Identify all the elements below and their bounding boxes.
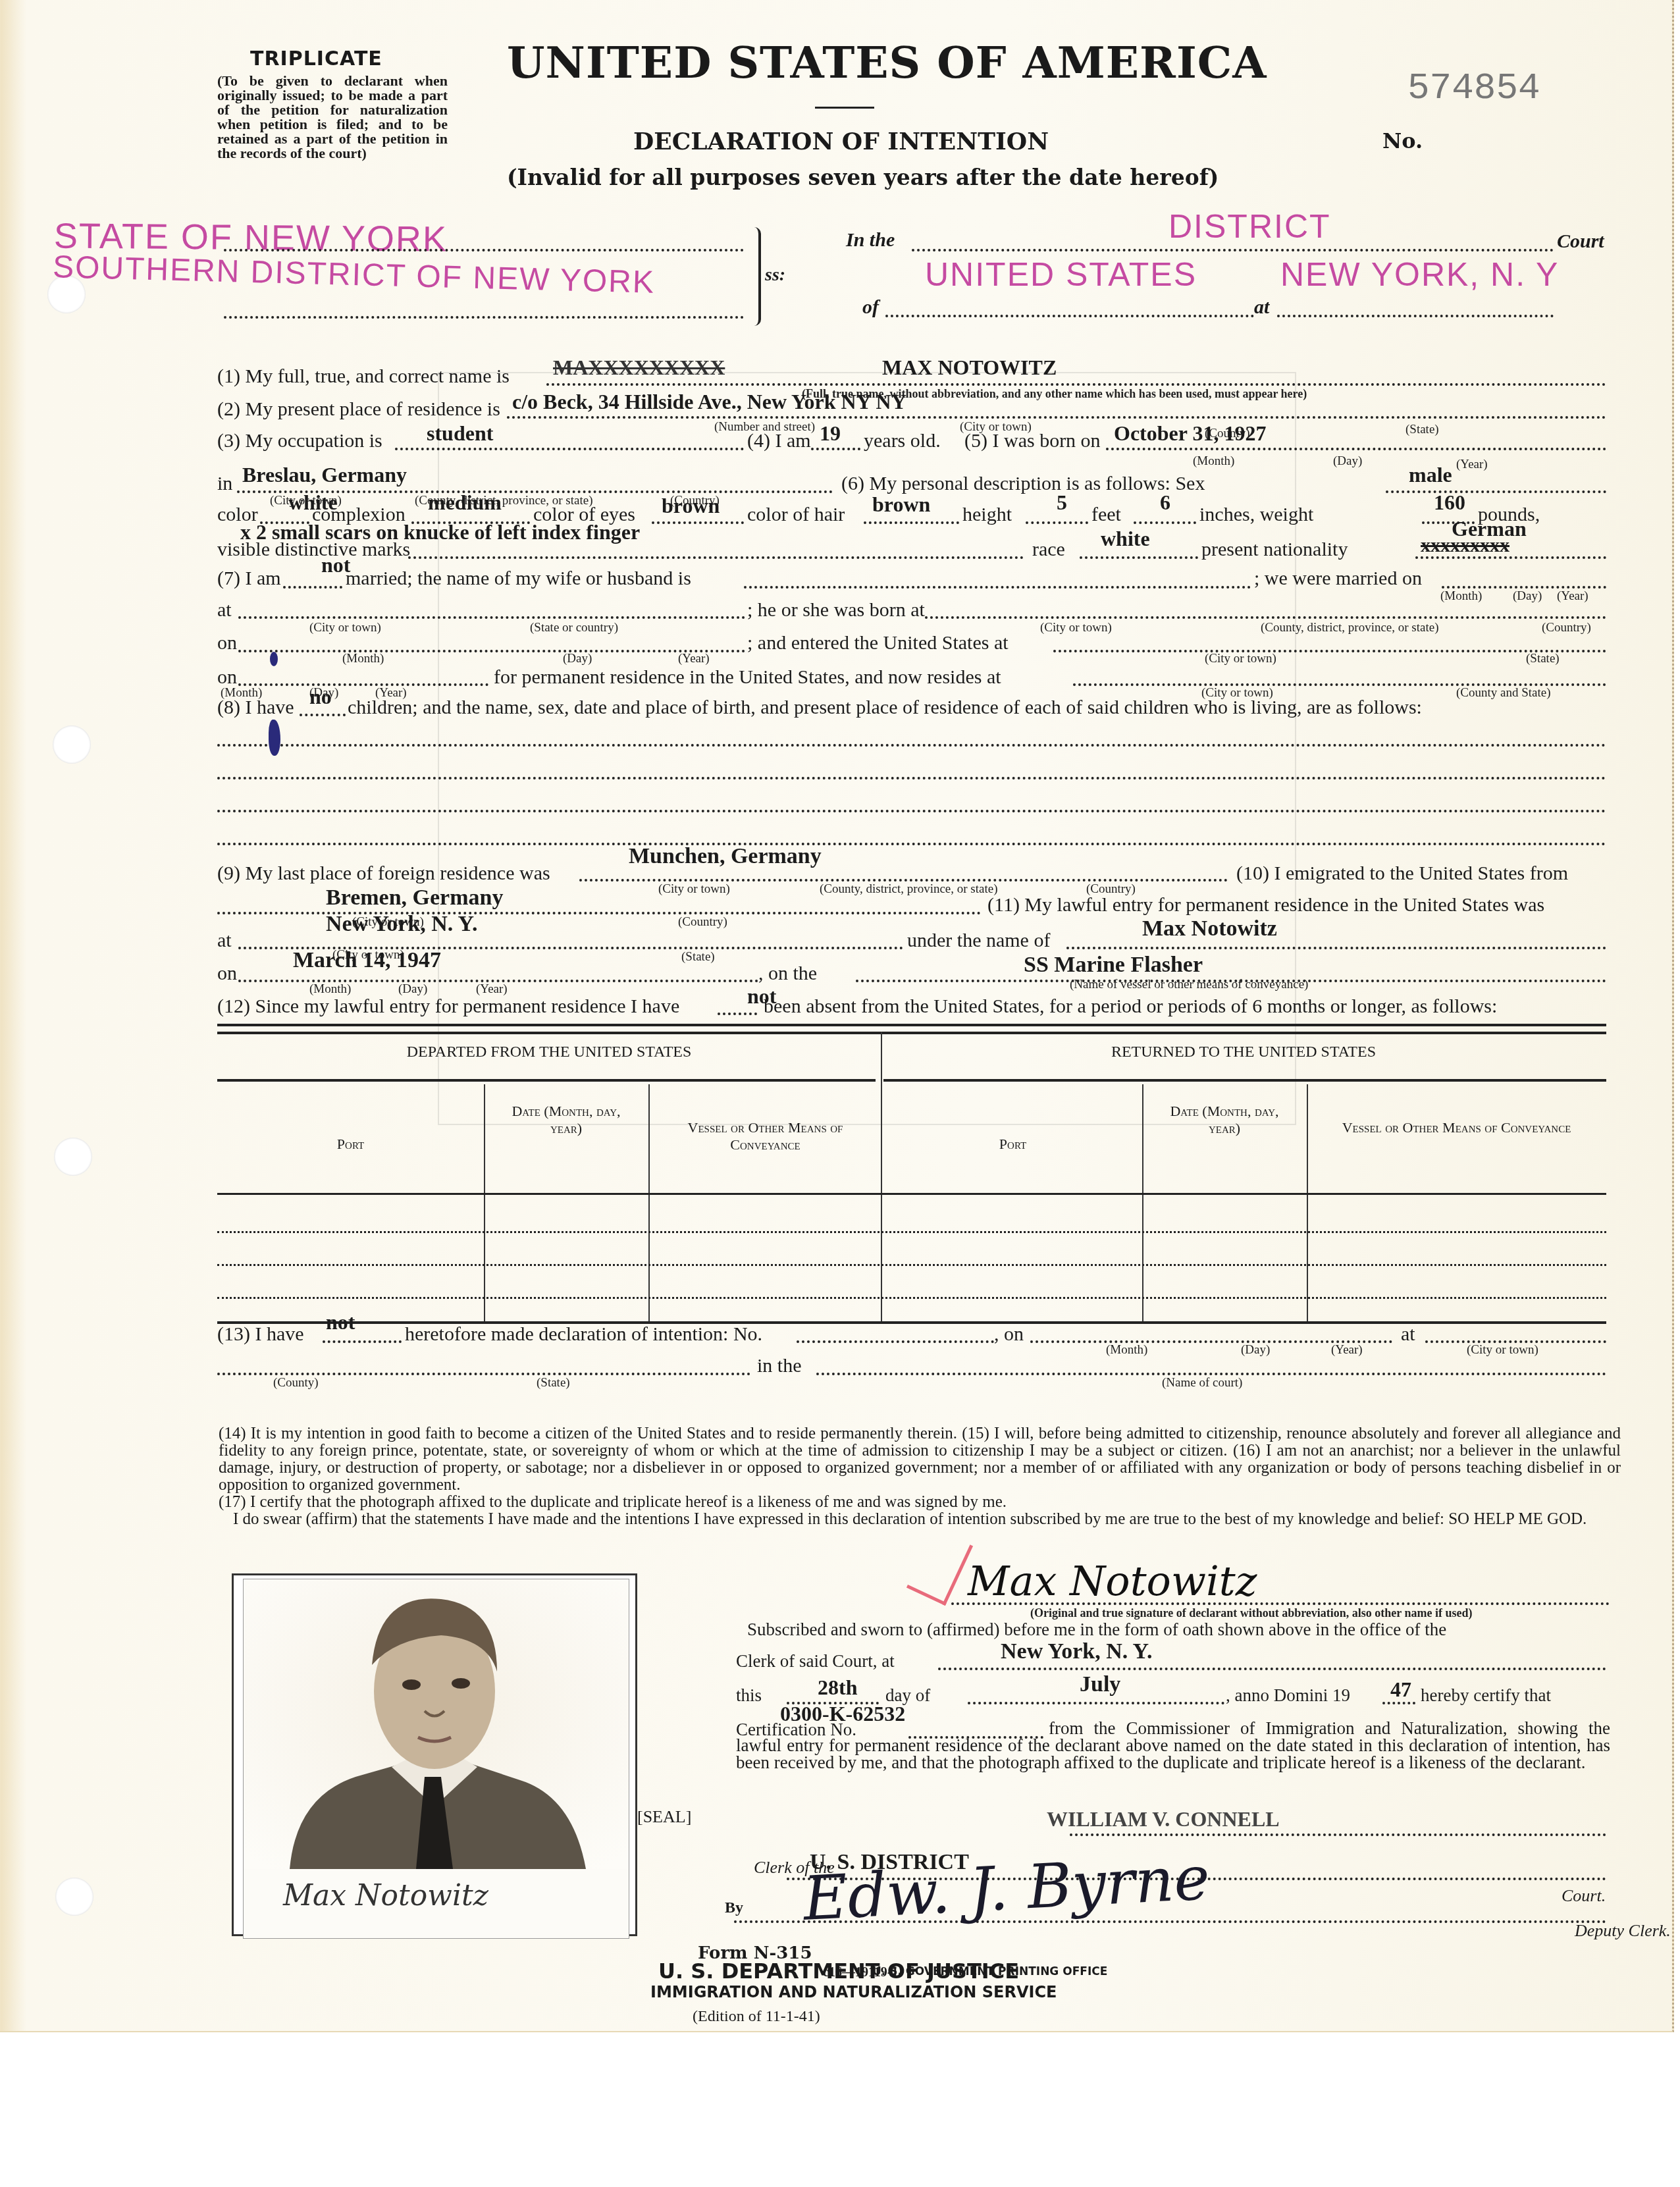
certify-photo-text: (17) I certify that the photograph affix… bbox=[219, 1494, 1621, 1511]
height-feet: 5 bbox=[1057, 490, 1067, 515]
document-title: UNITED STATES OF AMERICA bbox=[507, 37, 1267, 88]
q8-line bbox=[300, 714, 346, 716]
caption: (County and State) bbox=[1456, 686, 1551, 700]
q7c-line-2 bbox=[1053, 650, 1606, 652]
court-line bbox=[912, 249, 1554, 251]
header-rule-right bbox=[883, 1079, 1606, 1082]
by-label: By bbox=[725, 1899, 743, 1917]
q7b-at: at bbox=[217, 599, 232, 621]
q12-label: (12) Since my lawful entry for permanent… bbox=[217, 995, 679, 1018]
title-rule bbox=[815, 107, 874, 109]
q11-label: (11) My lawful entry for permanent resid… bbox=[987, 894, 1544, 916]
anno-label: , anno Domini 19 bbox=[1226, 1685, 1350, 1706]
q2-caption-state: (State) bbox=[1405, 423, 1439, 437]
col-rule bbox=[1307, 1084, 1308, 1321]
document-subtitle: DECLARATION OF INTENTION bbox=[633, 128, 1049, 155]
q1-struck: MAXXXXXXXXX bbox=[553, 356, 725, 380]
q8-rest: children; and the name, sex, date and pl… bbox=[348, 697, 1422, 719]
ink-blot bbox=[270, 652, 278, 666]
q7b-line-1 bbox=[238, 616, 745, 619]
caption: (County, district, province, or state) bbox=[820, 882, 998, 897]
q13-on: , on bbox=[994, 1323, 1024, 1346]
caption: (State) bbox=[681, 950, 715, 964]
jurat-day: 28th bbox=[818, 1675, 857, 1700]
q13-in-the: in the bbox=[757, 1355, 802, 1377]
portrait-image bbox=[244, 1579, 629, 1869]
signature-caption: (Original and true signature of declaran… bbox=[1030, 1606, 1473, 1620]
q11b-on-the: , on the bbox=[758, 962, 817, 985]
q11-under-name-label: under the name of bbox=[907, 930, 1050, 952]
subscribed-text: Subscribed and sworn to (affirmed) befor… bbox=[747, 1620, 1446, 1640]
q13-label: (13) I have bbox=[217, 1323, 304, 1346]
q4-line bbox=[811, 448, 860, 450]
declarant-photo-frame: Max Notowitz bbox=[232, 1573, 637, 1936]
q11b-vessel: SS Marine Flasher bbox=[1024, 953, 1203, 978]
q13-court-line bbox=[816, 1373, 1606, 1375]
q13-county-line bbox=[217, 1373, 750, 1375]
jurat-month: July bbox=[1080, 1672, 1120, 1697]
col-rule bbox=[1142, 1084, 1143, 1321]
table-row bbox=[217, 1297, 1606, 1299]
caption: (Country) bbox=[678, 915, 727, 930]
q8-label: (8) I have bbox=[217, 697, 294, 719]
table-rule-top bbox=[217, 1024, 1606, 1026]
at-label: at bbox=[1254, 296, 1269, 319]
of-label: of bbox=[862, 296, 879, 319]
this-label: this bbox=[736, 1685, 762, 1706]
court-label: Court bbox=[1557, 230, 1604, 253]
q12-rest: been absent from the United States, for … bbox=[764, 995, 1497, 1018]
column-header-rule bbox=[217, 1193, 1606, 1195]
q7d-line-1 bbox=[238, 683, 488, 686]
deputy-label: Deputy Clerk. bbox=[1575, 1921, 1671, 1941]
q5-line bbox=[1106, 448, 1606, 450]
q7c-line-1 bbox=[238, 650, 745, 652]
q9-value: Munchen, Germany bbox=[629, 844, 822, 869]
q2-residence: c/o Beck, 34 Hillside Ave., New York NY … bbox=[512, 390, 906, 414]
race-label: race bbox=[1032, 539, 1065, 561]
children-line-1 bbox=[217, 744, 1606, 747]
month-line bbox=[968, 1702, 1224, 1704]
caption: (Month) bbox=[1106, 1343, 1147, 1357]
col-rule bbox=[648, 1084, 650, 1321]
serial-number: 574854 bbox=[1407, 67, 1540, 109]
q9-label: (9) My last place of foreign residence w… bbox=[217, 862, 550, 885]
marks-label: visible distinctive marks bbox=[217, 539, 410, 561]
q11-name-line bbox=[1066, 947, 1606, 949]
certify-label: hereby certify that bbox=[1421, 1685, 1551, 1706]
edition: (Edition of 11-1-41) bbox=[693, 2008, 820, 2026]
caption-month: (Month) bbox=[1440, 589, 1482, 604]
service: IMMIGRATION AND NATURALIZATION SERVICE bbox=[650, 1983, 1057, 2001]
q2-label: (2) My present place of residence is bbox=[217, 398, 500, 421]
q13-value: not bbox=[326, 1310, 355, 1334]
spouse-line bbox=[744, 586, 1251, 589]
caption: (County, district, province, or state) bbox=[1261, 621, 1439, 635]
inches-line bbox=[1134, 521, 1196, 524]
caption: (City or town) bbox=[309, 621, 381, 635]
declarant-signature: Max Notowitz bbox=[968, 1557, 1257, 1605]
q2-line bbox=[507, 416, 1606, 419]
q6-label: (6) My personal description is as follow… bbox=[841, 473, 1205, 495]
q3-label: (3) My occupation is bbox=[217, 430, 382, 452]
q10-label: (10) I emigrated to the United States fr… bbox=[1236, 862, 1568, 885]
caption: (City or town) bbox=[1467, 1343, 1538, 1357]
caption: (Year) bbox=[678, 652, 710, 666]
birthplace-label: in bbox=[217, 473, 232, 495]
q12-line bbox=[718, 1013, 757, 1015]
copy-note: (To be given to declarant when originall… bbox=[217, 74, 448, 161]
caption: (City or town) bbox=[1205, 652, 1276, 666]
col-vessel: Vessel or Other Means of Conveyance bbox=[1313, 1119, 1600, 1136]
caption: (State) bbox=[537, 1376, 570, 1390]
race-line bbox=[1080, 556, 1198, 559]
caption: (Day) bbox=[1241, 1343, 1270, 1357]
validity-note: (Invalid for all purposes seven years af… bbox=[507, 165, 1219, 190]
punch-hole bbox=[54, 1138, 92, 1176]
table-row bbox=[217, 1264, 1606, 1266]
q5-caption-year: (Year) bbox=[1456, 458, 1488, 472]
caption: (State or country) bbox=[530, 621, 618, 635]
q7c-entered: ; and entered the United States at bbox=[747, 632, 1009, 654]
caption: (Country) bbox=[1542, 621, 1591, 635]
col-date: Date (Month, day, year) bbox=[1165, 1103, 1284, 1137]
caption: (Year) bbox=[476, 982, 508, 997]
q8-value: no bbox=[309, 685, 332, 709]
inches-label: inches, weight bbox=[1199, 504, 1313, 526]
hair-value: brown bbox=[872, 492, 930, 517]
height-inches: 6 bbox=[1160, 490, 1170, 515]
q5-birthdate: October 31, 1927 bbox=[1114, 421, 1266, 446]
q4-age: 19 bbox=[820, 421, 841, 446]
at-stamp: NEW YORK, N. Y bbox=[1280, 255, 1559, 294]
caption: (Name of court) bbox=[1162, 1376, 1242, 1390]
eyes-value: brown bbox=[662, 494, 720, 518]
departed-header: DEPARTED FROM THE UNITED STATES bbox=[217, 1043, 881, 1061]
q13-no-line bbox=[797, 1340, 994, 1343]
sex-value: male bbox=[1409, 463, 1452, 487]
venue-line-1 bbox=[224, 249, 744, 251]
seal-label: [SEAL] bbox=[637, 1807, 691, 1827]
jurat-year: 47 bbox=[1390, 1677, 1411, 1702]
q3-occupation: student bbox=[427, 421, 493, 446]
q10-value: Bremen, Germany bbox=[326, 885, 503, 910]
q4-label: (4) I am bbox=[747, 430, 811, 452]
nationality-struck: xxxxxxxxx bbox=[1421, 535, 1509, 557]
col-date: Date (Month, day, year) bbox=[507, 1103, 625, 1137]
of-line bbox=[885, 315, 1254, 317]
q7d-on: on bbox=[217, 666, 237, 689]
clerk-at-line bbox=[938, 1668, 1606, 1670]
caption: (City or town) bbox=[1040, 621, 1112, 635]
married-date-line bbox=[1442, 586, 1606, 589]
weight-value: 160 bbox=[1434, 490, 1465, 515]
court-label: Court. bbox=[1562, 1886, 1606, 1906]
q7-married-on: ; we were married on bbox=[1254, 567, 1422, 590]
q13-rest: heretofore made declaration of intention… bbox=[405, 1323, 762, 1346]
q11b-date: March 14, 1947 bbox=[293, 948, 441, 973]
complexion-value: medium bbox=[428, 490, 502, 515]
signature-line bbox=[951, 1602, 1610, 1605]
table-divider bbox=[881, 1032, 882, 1321]
venue-line-2 bbox=[224, 316, 744, 319]
q7-rest: married; the name of my wife or husband … bbox=[346, 567, 691, 590]
q13-at: at bbox=[1401, 1323, 1415, 1346]
children-line-4 bbox=[217, 843, 1606, 845]
oath-text: (14) It is my intention in good faith to… bbox=[219, 1425, 1621, 1494]
sex-line bbox=[1386, 490, 1606, 493]
cert-text: from the Commissioner of Immigration and… bbox=[736, 1720, 1610, 1771]
ss-label: ss: bbox=[765, 265, 785, 286]
q7-label: (7) I am bbox=[217, 567, 281, 590]
clerk-name: WILLIAM V. CONNELL bbox=[1047, 1807, 1280, 1831]
caption: (County) bbox=[273, 1376, 319, 1390]
caption: (State) bbox=[1526, 652, 1560, 666]
q9-line bbox=[579, 879, 1228, 882]
swear-text: I do swear (affirm) that the statements … bbox=[219, 1511, 1621, 1528]
at-line bbox=[1277, 315, 1554, 317]
q1-label: (1) My full, true, and correct name is bbox=[217, 365, 510, 388]
q4-suffix: years old. bbox=[864, 430, 941, 452]
q5-caption-month: (Month) bbox=[1193, 454, 1234, 469]
q7d-resides: for permanent residence in the United St… bbox=[494, 666, 1001, 689]
photo-signature: Max Notowitz bbox=[283, 1879, 488, 1912]
copy-label: TRIPLICATE bbox=[250, 47, 382, 70]
col-vessel: Vessel or Other Means of Conveyance bbox=[655, 1119, 876, 1153]
q5-label: (5) I was born on bbox=[964, 430, 1101, 452]
q7b-born-at: ; he or she was born at bbox=[747, 599, 925, 621]
caption: (Year) bbox=[1331, 1343, 1363, 1357]
table-row bbox=[217, 1231, 1606, 1233]
children-line-2 bbox=[217, 777, 1606, 779]
nationality-label: present nationality bbox=[1201, 539, 1348, 561]
col-port: Port bbox=[217, 1136, 484, 1153]
q7b-line-2 bbox=[925, 616, 1606, 619]
court-stamp: DISTRICT bbox=[1168, 207, 1331, 246]
year-line bbox=[1382, 1702, 1415, 1704]
caption: (Name of vessel or other means of convey… bbox=[1070, 978, 1308, 992]
printer: U. S. GOVERNMENT PRINTING OFFICE bbox=[872, 1965, 1107, 1978]
children-line-3 bbox=[217, 810, 1606, 812]
q1-name: MAX NOTOWITZ bbox=[882, 356, 1057, 380]
caption: (Month) bbox=[342, 652, 384, 666]
punch-hole bbox=[55, 1878, 93, 1916]
table-rule-top-2 bbox=[217, 1032, 1606, 1034]
col-rule bbox=[484, 1084, 485, 1321]
col-port: Port bbox=[883, 1136, 1142, 1153]
caption: (City or town) bbox=[658, 882, 730, 897]
q11b-on: on bbox=[217, 962, 237, 985]
caption-year: (Year) bbox=[1557, 589, 1588, 604]
q1-line bbox=[546, 383, 1606, 386]
of-stamp: UNITED STATES bbox=[925, 255, 1197, 294]
marks-line bbox=[408, 556, 1024, 559]
caption: (Day) bbox=[563, 652, 592, 666]
in-the-label: In the bbox=[846, 229, 895, 251]
q5-caption-day: (Day) bbox=[1333, 454, 1362, 469]
q11-under-name: Max Notowitz bbox=[1142, 916, 1277, 941]
clerk-name-line bbox=[1070, 1833, 1606, 1836]
q7c-on: on bbox=[217, 632, 237, 654]
q13-line bbox=[323, 1340, 402, 1343]
declarant-photo: Max Notowitz bbox=[243, 1579, 629, 1939]
header-rule-left bbox=[217, 1079, 876, 1082]
caption-day: (Day) bbox=[1513, 589, 1542, 604]
punch-hole bbox=[53, 725, 91, 764]
q11-at: at bbox=[217, 930, 232, 952]
returned-header: RETURNED TO THE UNITED STATES bbox=[881, 1043, 1606, 1061]
number-label: No. bbox=[1382, 128, 1423, 153]
q11-port: New York, N. Y. bbox=[326, 912, 477, 937]
birthplace-value: Breslau, Germany bbox=[242, 463, 407, 487]
q7-line bbox=[283, 586, 342, 589]
clerk-at-value: New York, N. Y. bbox=[1001, 1639, 1152, 1664]
caption: (Day) bbox=[398, 982, 427, 997]
clerk-at-label: Clerk of said Court, at bbox=[736, 1651, 895, 1672]
caption: (Month) bbox=[309, 982, 351, 997]
q3-line bbox=[395, 448, 744, 450]
absence-table: DEPARTED FROM THE UNITED STATES RETURNED… bbox=[217, 1024, 1606, 1327]
venue-brace bbox=[750, 227, 761, 326]
race-value: white bbox=[1101, 527, 1150, 551]
